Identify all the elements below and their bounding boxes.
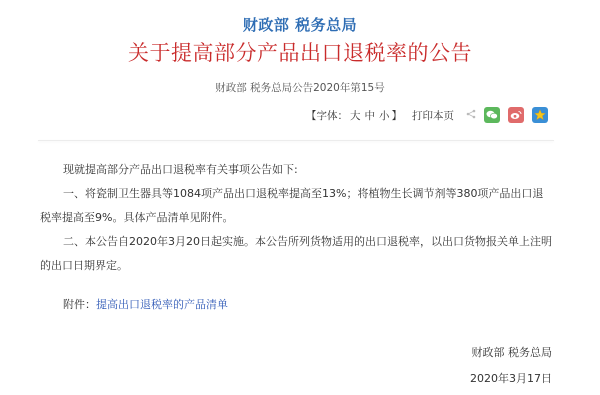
document-number: 财政部 税务总局公告2020年第15号	[0, 80, 600, 95]
header-divider	[38, 140, 554, 141]
font-size-control: 【字体： 大 中 小 】	[306, 108, 402, 123]
department-title: 财政部 税务总局	[0, 14, 600, 35]
font-size-large-button[interactable]: 大	[350, 108, 361, 123]
signature-date: 2020年3月17日	[470, 366, 552, 392]
print-page-link[interactable]: 打印本页	[412, 108, 454, 123]
item-two-paragraph: 二、本公告自2020年3月20日起实施。本公告所列货物适用的出口退税率，以出口货…	[40, 230, 552, 278]
favorite-star-icon[interactable]	[532, 107, 548, 123]
share-icon	[466, 109, 476, 122]
font-size-medium-button[interactable]: 中	[365, 108, 376, 123]
attachment-line: 附件：提高出口退税率的产品清单	[63, 296, 228, 312]
attachment-link[interactable]: 提高出口退税率的产品清单	[96, 298, 228, 311]
wechat-share-icon[interactable]	[484, 107, 500, 123]
item-one-paragraph: 一、将瓷制卫生器具等1084项产品出口退税率提高至13%；将植物生长调节剂等38…	[40, 182, 552, 230]
attachment-label: 附件：	[63, 298, 96, 311]
article-toolbar: 【字体： 大 中 小 】 打印本页	[306, 107, 548, 123]
article-body: 现就提高部分产品出口退税率有关事项公告如下: 一、将瓷制卫生器具等1084项产品…	[40, 158, 552, 278]
signature-issuer: 财政部 税务总局	[470, 340, 552, 366]
weibo-share-icon[interactable]	[508, 107, 524, 123]
signature-block: 财政部 税务总局 2020年3月17日	[470, 340, 552, 392]
intro-paragraph: 现就提高部分产品出口退税率有关事项公告如下:	[40, 158, 552, 182]
font-label-close: 】	[392, 108, 403, 123]
font-label-open: 【字体：	[306, 108, 348, 123]
font-size-small-button[interactable]: 小	[379, 108, 390, 123]
page-title: 关于提高部分产品出口退税率的公告	[0, 37, 600, 67]
